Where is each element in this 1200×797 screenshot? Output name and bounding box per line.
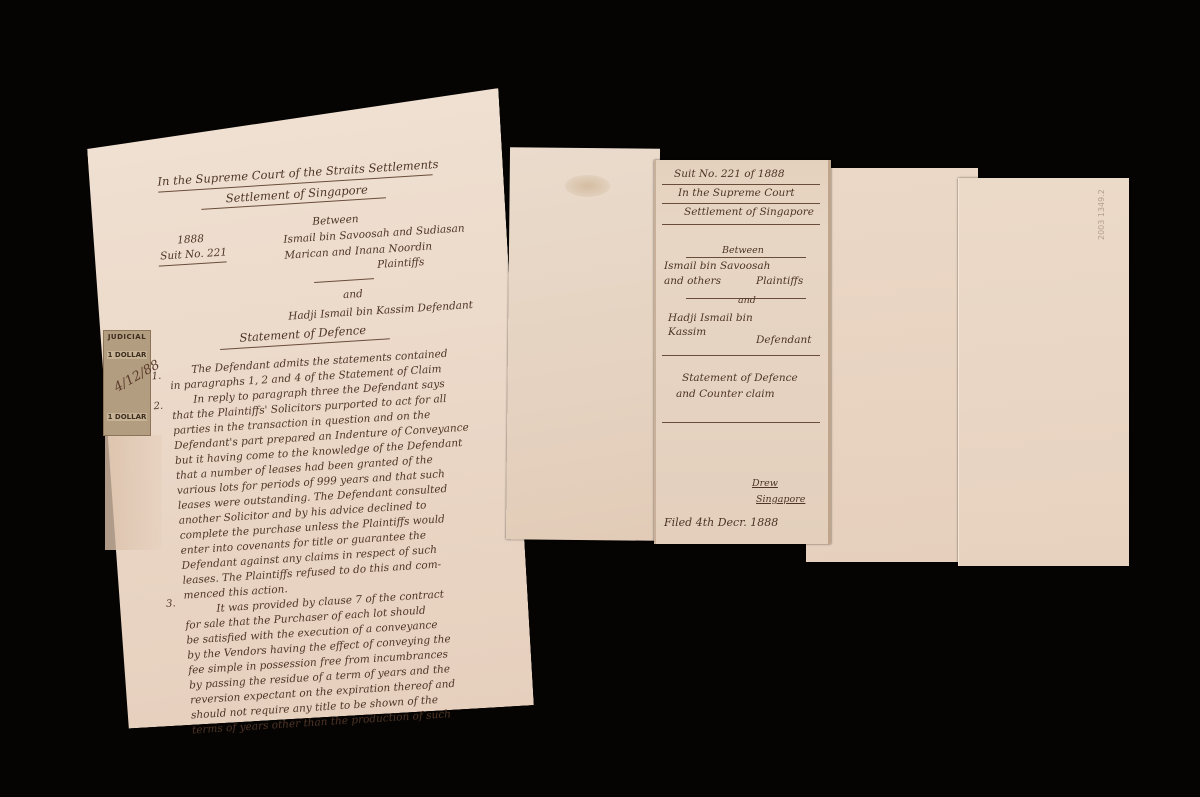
docket-plaintiffs-line-1: Ismail bin Savoosah [664, 260, 770, 272]
docket-rule [662, 184, 820, 185]
and-label: and [343, 288, 363, 301]
docket-rule [686, 257, 806, 258]
docket-court-line: In the Supreme Court [678, 187, 795, 199]
right-document-back-page [506, 147, 660, 541]
docket-rule [662, 203, 820, 204]
court-heading: In the Supreme Court of the Straits Sett… [157, 157, 439, 189]
docket-and: and [738, 295, 756, 306]
suit-number: Suit No. 221 [160, 246, 228, 262]
left-document-text: In the Supreme Court of the Straits Sett… [85, 86, 543, 731]
docket-defendant-label: Defendant [756, 334, 811, 346]
docket-solicitor: Drew [752, 478, 778, 489]
paragraph-number-2: 2. [153, 401, 163, 413]
docket-title-line-2: and Counter claim [676, 388, 775, 400]
docket-suit-line: Suit No. 221 of 1888 [674, 168, 785, 180]
docket-rule [662, 224, 820, 225]
docket-plaintiffs-label: Plaintiffs [756, 275, 803, 287]
docket-filed-note: Filed 4th Decr. 1888 [664, 516, 778, 529]
docket-settlement-line: Settlement of Singapore [684, 206, 814, 218]
docket-rule [662, 355, 820, 356]
suit-year: 1888 [177, 233, 204, 247]
paragraph-number-1: 1. [151, 371, 161, 383]
docket-rule [662, 422, 820, 423]
paper-stain [565, 175, 610, 197]
plaintiffs-label: Plaintiffs [377, 256, 425, 271]
suit-underline [159, 261, 227, 266]
right-document-docket-cover: Suit No. 221 of 1888 In the Supreme Cour… [654, 160, 831, 544]
right-document-fold-panel-1 [806, 168, 978, 562]
docket-defendant-line-2: Kassim [668, 326, 706, 338]
divider [314, 278, 374, 283]
docket-solicitor-place: Singapore [756, 494, 805, 505]
docket-plaintiffs-line-2: and others [664, 275, 721, 287]
plaintiffs-line-1: Ismail bin Savoosah and Sudiasan [283, 222, 465, 245]
paragraph-number-3: 3. [166, 598, 176, 610]
docket-between: Between [722, 245, 764, 256]
defendant-line: Hadji Ismail bin Kassim Defendant [288, 299, 473, 323]
accession-number: 2003 1349.2 [1097, 189, 1106, 240]
between-label: Between [312, 213, 359, 228]
docket-defendant-line-1: Hadji Ismail bin [668, 312, 753, 324]
docket-title-line-1: Statement of Defence [682, 372, 798, 384]
